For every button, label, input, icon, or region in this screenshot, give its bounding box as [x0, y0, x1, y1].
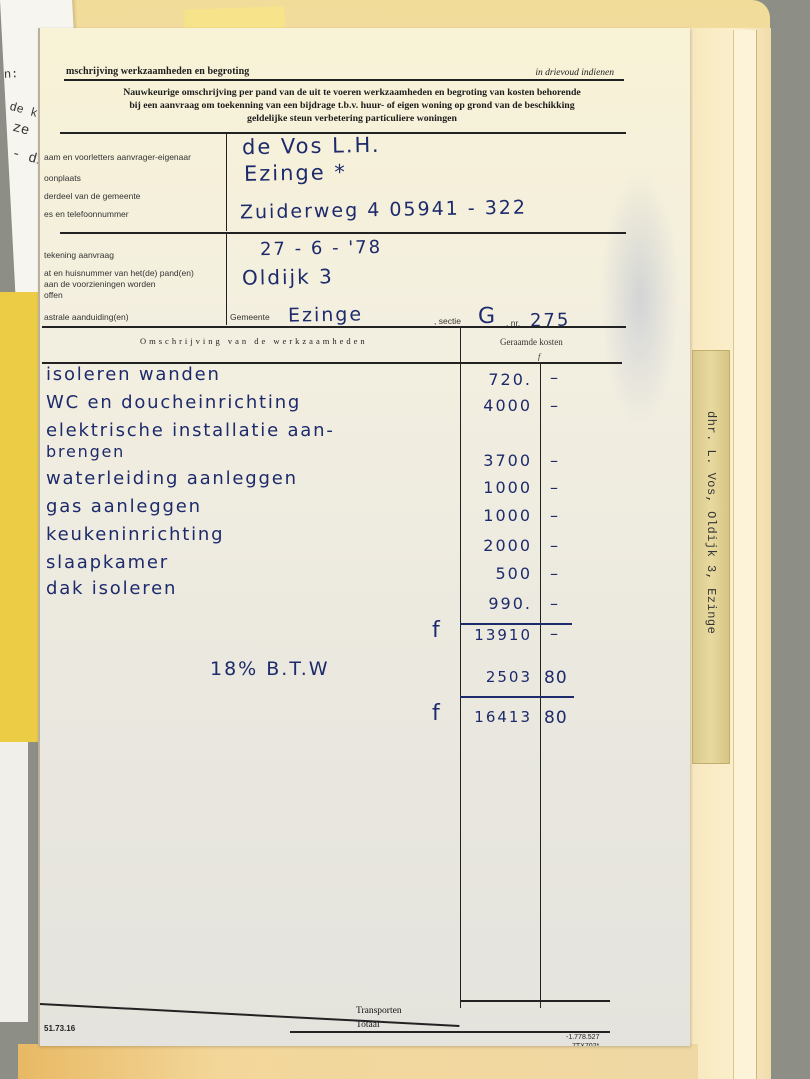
field-label-residence: oonplaats: [44, 173, 81, 183]
work-item-amount: 3700: [452, 451, 532, 470]
vat-label: 18% B.T.W: [210, 658, 330, 680]
folder-bottom-strip: [18, 1044, 698, 1079]
work-item: isoleren wanden: [46, 364, 221, 385]
vat-cents: 80: [544, 668, 568, 688]
work-item-amount: 500: [452, 564, 532, 583]
cadastral-section-label: , sectie: [434, 316, 461, 326]
column-header-costs: Geraamde kosten: [500, 337, 563, 347]
work-item-cents: –: [550, 451, 559, 470]
work-item: dak isoleren: [46, 578, 177, 599]
subtotal-guilder-sign: f: [432, 618, 440, 643]
folder-edge: [733, 30, 757, 1079]
divider: [460, 1000, 610, 1002]
total-cents: 80: [544, 708, 568, 728]
work-item: elektrische installatie aan-: [46, 420, 335, 441]
work-item: waterleiding aanleggen: [46, 468, 298, 489]
work-item-amount: 4000: [452, 396, 532, 415]
note-line: n:: [4, 67, 19, 82]
cadastral-municipality-value: Ezinge: [288, 303, 363, 326]
work-item: WC en doucheinrichting: [46, 392, 301, 413]
work-item: slaapkamer: [46, 552, 169, 573]
folder-spine-label: dhr. L. Vos, Oldijk 3, Ezinge: [692, 350, 730, 764]
total-amount: 16413: [452, 708, 532, 726]
field-label-street-number-3: offen: [44, 290, 63, 300]
work-item-amount: 2000: [452, 536, 532, 555]
field-label-cadastral: astrale aanduiding(en): [44, 312, 129, 322]
work-item-amount: 720.: [452, 370, 532, 389]
total-guilder-sign: f: [432, 701, 440, 726]
field-label-name: aam en voorletters aanvrager-eigenaar: [44, 152, 191, 162]
column-divider: [226, 233, 227, 325]
currency-symbol: f: [538, 351, 540, 361]
divider: [60, 232, 626, 234]
form-intro: Nauwkeurige omschrijving per pand van de…: [72, 86, 632, 125]
work-item-cents: –: [550, 368, 559, 387]
divider: [64, 79, 624, 81]
property-address-value: Oldijk 3: [242, 264, 334, 290]
pencil-scribble: [600, 168, 680, 428]
work-item-amount: 1000: [452, 478, 532, 497]
request-date-value: 27 - 6 - '78: [260, 237, 382, 260]
work-item-cents: –: [550, 478, 559, 497]
cadastral-number-value: 275: [530, 310, 571, 332]
work-item: keukeninrichting: [46, 524, 224, 545]
work-item-cents: –: [550, 536, 559, 555]
column-divider: [226, 133, 227, 231]
residence-value: Ezinge *: [244, 160, 347, 186]
submission-note: in drievoud indienen: [535, 68, 614, 78]
subtotal-cents: –: [550, 624, 559, 643]
column-header-description: Omschrijving van de werkzaamheden: [140, 336, 368, 346]
transport-label: Transporten: [356, 1006, 402, 1016]
white-sheet-edge: [0, 742, 28, 1022]
form-code-right-2: 7TX702*: [572, 1043, 599, 1046]
field-label-address-phone: es en telefoonnummer: [44, 209, 129, 219]
divider: [290, 1031, 610, 1033]
form-code-right-1: -1.778.527: [566, 1034, 599, 1041]
total-rule: [460, 696, 574, 698]
address-phone-value: Zuiderweg 4 05941 - 322: [240, 196, 527, 223]
work-item-cents: –: [550, 396, 559, 415]
field-label-municipality-part: derdeel van de gemeente: [44, 191, 140, 201]
work-item-cents: –: [550, 506, 559, 525]
cadastral-municipality-label: Gemeente: [230, 312, 270, 322]
work-item-amount: 1000: [452, 506, 532, 525]
field-label-street-number: at en huisnummer van het(de) pand(en): [44, 268, 194, 278]
form-title: mschrijving werkzaamheden en begroting: [66, 66, 249, 77]
work-item-amount: 990.: [452, 594, 532, 613]
applicant-name-value: de Vos L.H.: [242, 133, 381, 159]
spine-label-text: dhr. L. Vos, Oldijk 3, Ezinge: [704, 411, 718, 634]
field-label-request-date: tekening aanvraag: [44, 250, 114, 260]
work-item: gas aanleggen: [46, 496, 202, 517]
divider: [42, 326, 626, 328]
form-code-left: 51.73.16: [44, 1024, 75, 1033]
column-divider: [540, 362, 541, 1008]
renovation-estimate-form: mschrijving werkzaamheden en begroting i…: [38, 28, 690, 1046]
vat-amount: 2503: [452, 668, 532, 686]
work-item-cents: –: [550, 564, 559, 583]
work-item: brengen: [46, 442, 125, 461]
field-label-street-number-2: aan de voorzieningen worden: [44, 279, 156, 289]
subtotal-amount: 13910: [452, 626, 532, 644]
work-item-cents: –: [550, 594, 559, 613]
